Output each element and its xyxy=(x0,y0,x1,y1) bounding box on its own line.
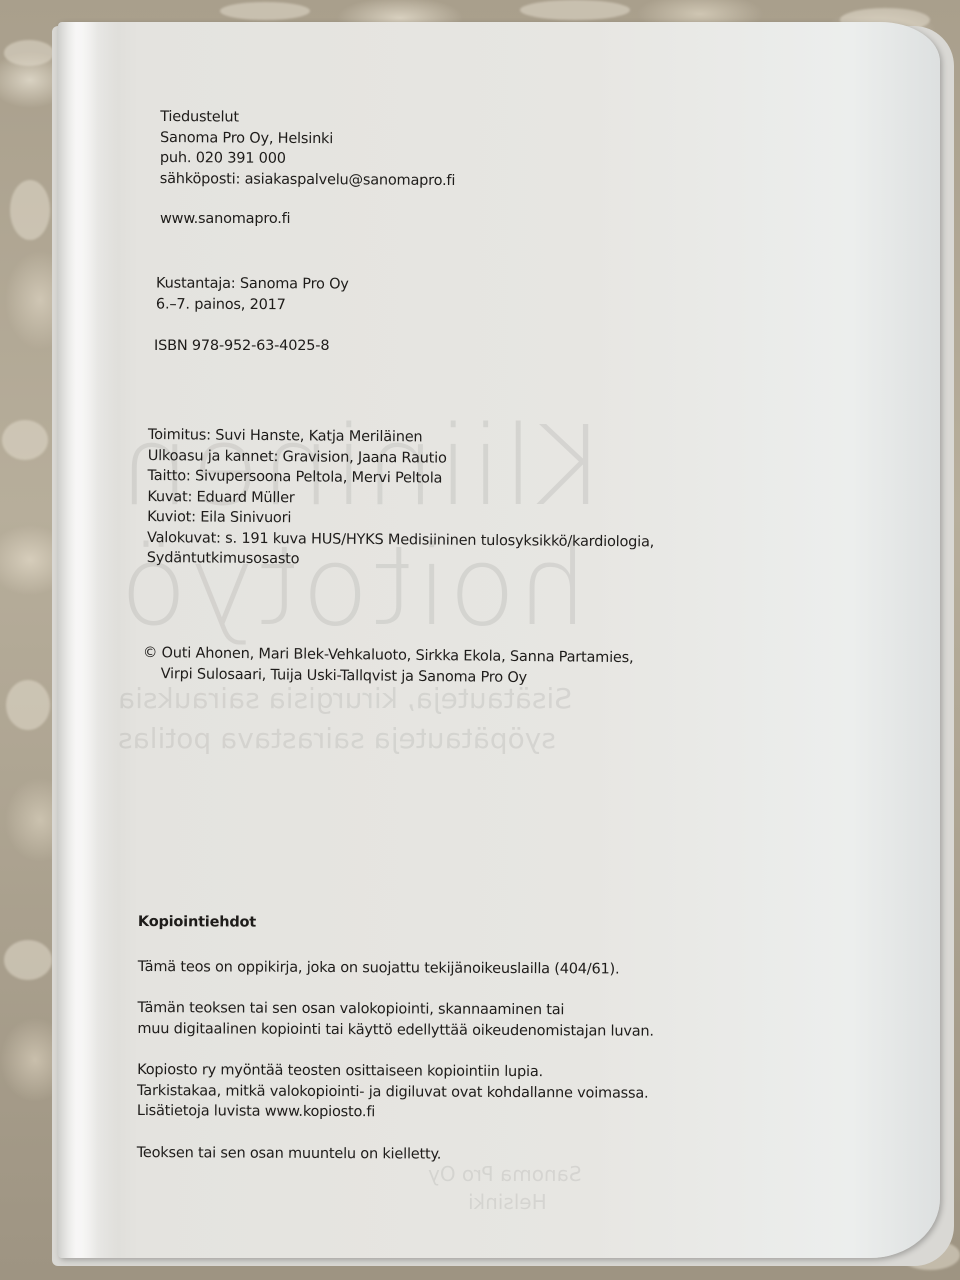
terms-paragraph: Tämä teos on oppikirja, joka on suojattu… xyxy=(138,956,655,979)
rug-texture xyxy=(220,2,310,20)
page-sheen xyxy=(58,22,118,1258)
website-url: www.sanomapro.fi xyxy=(160,209,290,230)
isbn-line: ISBN 978-952-63-4025-8 xyxy=(154,336,329,357)
rug-texture xyxy=(6,680,50,730)
contact-email: sähköposti: asiakaspalvelu@sanomapro.fi xyxy=(160,168,456,191)
publisher-website: www.sanomapro.fi xyxy=(160,209,290,230)
show-through-subtitle-2: syöpätauteja sairastava potilas xyxy=(118,722,556,755)
publisher-line: Kustantaja: Sanoma Pro Oy xyxy=(156,273,349,295)
copyright-notice: © Outi Ahonen, Mari Blek-Vehkaluoto, Sir… xyxy=(143,643,634,689)
credits-block: Toimitus: Suvi Hanste, Katja Meriläinen … xyxy=(147,425,655,573)
isbn: ISBN 978-952-63-4025-8 xyxy=(154,336,329,357)
contact-company: Sanoma Pro Oy, Helsinki xyxy=(160,127,456,150)
contact-heading: Tiedustelut xyxy=(160,107,456,130)
edition-line: 6.–7. painos, 2017 xyxy=(156,294,349,316)
rug-texture xyxy=(4,40,54,66)
terms-line: Tämä teos on oppikirja, joka on suojattu… xyxy=(138,956,655,979)
terms-line: Tarkistakaa, mitkä valokopiointi- ja dig… xyxy=(137,1080,654,1103)
rug-texture xyxy=(2,420,48,460)
show-through-footer-1: Sanoma Pro Oy xyxy=(428,1162,582,1186)
copying-terms-heading: Kopiointiehdot xyxy=(138,912,655,935)
terms-line: muu digitaalinen kopiointi tai käyttö ed… xyxy=(137,1018,654,1041)
terms-line: Tämän teoksen tai sen osan valokopiointi… xyxy=(137,998,654,1021)
terms-paragraph: Teoksen tai sen osan muuntelu on kiellet… xyxy=(137,1142,654,1165)
terms-line: Lisätietoja luvista www.kopiosto.fi xyxy=(137,1101,654,1124)
rug-texture xyxy=(4,940,52,980)
show-through-footer-2: Helsinki xyxy=(468,1190,547,1214)
book-page: Kliininen hoitotyö Sisätauteja, kirurgis… xyxy=(58,22,940,1258)
contact-phone: puh. 020 391 000 xyxy=(160,148,456,171)
terms-paragraph: Tämän teoksen tai sen osan valokopiointi… xyxy=(137,998,654,1042)
terms-line: Kopiosto ry myöntää teosten osittaiseen … xyxy=(137,1060,654,1083)
terms-paragraph: Kopiosto ry myöntää teosten osittaiseen … xyxy=(137,1060,654,1124)
terms-line: Teoksen tai sen osan muuntelu on kiellet… xyxy=(137,1142,654,1165)
copying-terms: Kopiointiehdot Tämä teos on oppikirja, j… xyxy=(137,912,655,1166)
contact-info: Tiedustelut Sanoma Pro Oy, Helsinki puh.… xyxy=(160,107,456,191)
publication-info: Kustantaja: Sanoma Pro Oy 6.–7. painos, … xyxy=(156,273,349,315)
rug-texture xyxy=(520,0,630,20)
rug-texture xyxy=(10,180,50,240)
